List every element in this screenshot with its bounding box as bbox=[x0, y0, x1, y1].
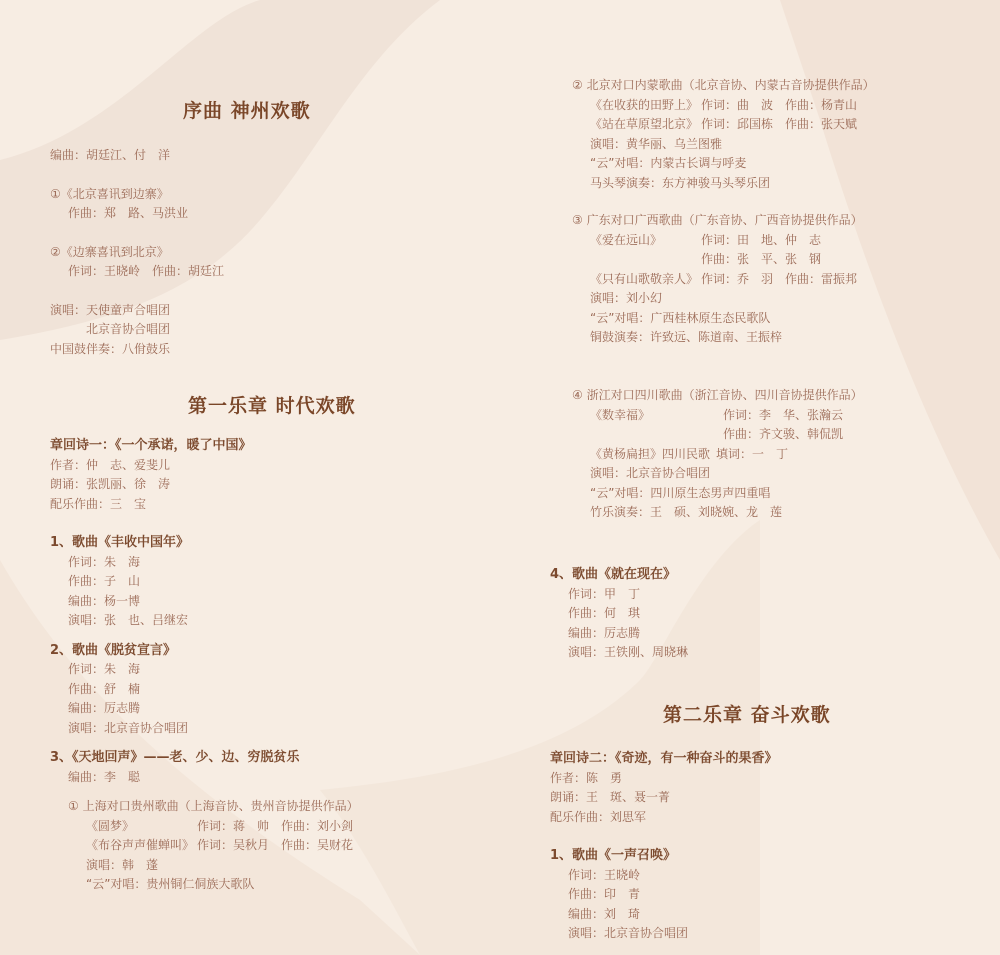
song-credit: 作曲：何 琪 bbox=[550, 604, 950, 624]
song-credit: 作词：甲 丁 bbox=[550, 585, 950, 605]
pair-block-beijing-neimeng: ② 北京对口内蒙歌曲（北京音协、内蒙古音协提供作品） 《在收获的田野上》作词：曲… bbox=[572, 76, 972, 193]
song-credit: 演唱：王铁刚、周晓琳 bbox=[550, 643, 950, 663]
pair-song-credit: 作词：田 地、仲 志 bbox=[701, 231, 821, 251]
song-credit: 作曲：印 青 bbox=[550, 885, 970, 905]
poem1-heading: 章回诗一：《一个承诺，暖了中国》 bbox=[50, 436, 410, 456]
overture-singers: 演唱：天使童声合唱团 bbox=[50, 301, 380, 321]
overture-section: 编曲：胡廷江、付 洋 ①《北京喜讯到边寨》 作曲：郑 路、马洪业 ②《边寨喜讯到… bbox=[50, 146, 380, 359]
pair-block-guangdong-guangxi: ③ 广东对口广西歌曲（广东音协、广西音协提供作品） 《爱在远山》作词：田 地、仲… bbox=[572, 211, 972, 348]
pair-credit: 马头琴演奏：东方神骏马头琴乐团 bbox=[590, 174, 972, 194]
song-credit: 作曲：子 山 bbox=[50, 572, 410, 592]
pair-block-shanghai-guizhou: ① 上海对口贵州歌曲（上海音协、贵州音协提供作品） 《圆梦》作词：蒋 帅 作曲：… bbox=[50, 797, 410, 895]
song-credit: 演唱：北京音协合唱团 bbox=[50, 719, 410, 739]
pair-heading: ① 上海对口贵州歌曲（上海音协、贵州音协提供作品） bbox=[68, 797, 410, 817]
pair-song-title: 《站在草原望北京》 bbox=[590, 115, 701, 135]
pair-song-title bbox=[590, 250, 701, 270]
pair-song-title: 《布谷声声催蝉叫》 bbox=[86, 836, 197, 856]
pair-song-credit: 作词：李 华、张瀚云 bbox=[723, 406, 843, 426]
pair-song-credit: 填词：一 丁 bbox=[710, 445, 788, 465]
pair-credit: 演唱：刘小幻 bbox=[590, 289, 972, 309]
overture-item-title: ①《北京喜讯到边寨》 bbox=[50, 185, 380, 205]
pair-credit: “云”对唱：四川原生态男声四重唱 bbox=[590, 484, 972, 504]
overture-title: 序曲 神州欢歌 bbox=[183, 96, 311, 123]
song-heading: 1、歌曲《一声召唤》 bbox=[550, 846, 970, 866]
pair-heading: ④ 浙江对口四川歌曲（浙江音协、四川音协提供作品） bbox=[572, 386, 972, 406]
pair-credit: 竹乐演奏：王 硕、刘晓婉、龙 莲 bbox=[590, 503, 972, 523]
pair-credit: “云”对唱：贵州铜仁侗族大歌队 bbox=[86, 875, 410, 895]
pair-heading: ③ 广东对口广西歌曲（广东音协、广西音协提供作品） bbox=[572, 211, 972, 231]
song-credit: 编曲：厉志腾 bbox=[50, 699, 410, 719]
pair-song-credit: 作曲：张 平、张 钢 bbox=[701, 250, 821, 270]
overture-item-credit: 作词：王晓岭 作曲：胡廷江 bbox=[50, 262, 380, 282]
pair-block-zhejiang-sichuan: ④ 浙江对口四川歌曲（浙江音协、四川音协提供作品） 《数幸福》作词：李 华、张瀚… bbox=[572, 386, 972, 523]
pair-song-title: 《圆梦》 bbox=[86, 817, 197, 837]
poem2-line: 配乐作曲：刘思军 bbox=[550, 808, 970, 828]
pair-song-title: 《数幸福》 bbox=[590, 406, 723, 426]
overture-singers-2: 北京音协合唱团 bbox=[50, 320, 380, 340]
pair-credit: “云”对唱：广西桂林原生态民歌队 bbox=[590, 309, 972, 329]
poem2-heading: 章回诗二：《奇迹，有一种奋斗的果香》 bbox=[550, 749, 970, 769]
pair-song-title bbox=[590, 425, 723, 445]
poem1-line: 配乐作曲：三 宝 bbox=[50, 495, 410, 515]
pair-song-title: 《在收获的田野上》 bbox=[590, 96, 701, 116]
song-credit: 作词：朱 海 bbox=[50, 660, 410, 680]
pair-song-title: 《只有山歌敬亲人》 bbox=[590, 270, 701, 290]
song-credit: 编曲：杨一博 bbox=[50, 592, 410, 612]
chapter2-section: 章回诗二：《奇迹，有一种奋斗的果香》 作者：陈 勇 朗诵：王 斑、聂一菁 配乐作… bbox=[550, 749, 970, 944]
pair-song-title: 《爱在远山》 bbox=[590, 231, 701, 251]
pair-song-credit: 作词：蒋 帅 作曲：刘小剑 bbox=[197, 817, 353, 837]
pair-credit: “云”对唱：内蒙古长调与呼麦 bbox=[590, 154, 972, 174]
pair-song-credit: 作词：吴秋月 作曲：吴财花 bbox=[197, 836, 353, 856]
pair-credit: 演唱：韩 蓬 bbox=[86, 856, 410, 876]
pair-song-credit: 作曲：齐文骏、韩侃凯 bbox=[723, 425, 843, 445]
pair-song-title: 《黄杨扁担》四川民歌 bbox=[590, 445, 710, 465]
song-credit: 作词：朱 海 bbox=[50, 553, 410, 573]
poem1-line: 朗诵：张凯丽、徐 涛 bbox=[50, 475, 410, 495]
pair-credit: 演唱：黄华丽、乌兰图雅 bbox=[590, 135, 972, 155]
song4-section: 4、歌曲《就在现在》 作词：甲 丁 作曲：何 琪 编曲：厉志腾 演唱：王铁刚、周… bbox=[550, 565, 950, 663]
song-heading: 4、歌曲《就在现在》 bbox=[550, 565, 950, 585]
chapter2-title: 第二乐章 奋斗欢歌 bbox=[663, 700, 831, 727]
pair-song-credit: 作词：乔 羽 作曲：雷振邦 bbox=[701, 270, 857, 290]
overture-item-title: ②《边寨喜讯到北京》 bbox=[50, 243, 380, 263]
song-credit: 编曲：刘 琦 bbox=[550, 905, 970, 925]
song-credit: 编曲：厉志腾 bbox=[550, 624, 950, 644]
song-heading: 1、歌曲《丰收中国年》 bbox=[50, 533, 410, 553]
song-heading: 2、歌曲《脱贫宣言》 bbox=[50, 641, 410, 661]
chapter1-title: 第一乐章 时代欢歌 bbox=[188, 391, 356, 418]
pair-song-credit: 作词：邱国栋 作曲：张天赋 bbox=[701, 115, 857, 135]
pair-credit: 铜鼓演奏：许致远、陈道南、王振梓 bbox=[590, 328, 972, 348]
chapter1-left-section: 章回诗一：《一个承诺，暖了中国》 作者：仲 志、爱斐儿 朗诵：张凯丽、徐 涛 配… bbox=[50, 436, 410, 895]
song-credit: 演唱：张 也、吕继宏 bbox=[50, 611, 410, 631]
overture-arranger: 编曲：胡廷江、付 洋 bbox=[50, 146, 380, 166]
pair-song-credit: 作词：曲 波 作曲：杨青山 bbox=[701, 96, 857, 116]
pair-credit: 演唱：北京音协合唱团 bbox=[590, 464, 972, 484]
overture-item-credit: 作曲：郑 路、马洪业 bbox=[50, 204, 380, 224]
poem2-line: 作者：陈 勇 bbox=[550, 769, 970, 789]
poem2-line: 朗诵：王 斑、聂一菁 bbox=[550, 788, 970, 808]
pair-heading: ② 北京对口内蒙歌曲（北京音协、内蒙古音协提供作品） bbox=[572, 76, 972, 96]
song-credit: 作词：王晓岭 bbox=[550, 866, 970, 886]
song-credit: 演唱：北京音协合唱团 bbox=[550, 924, 970, 944]
song-heading: 3、《天地回声》——老、少、边、穷脱贫乐 bbox=[50, 748, 410, 768]
song-credit: 作曲：舒 楠 bbox=[50, 680, 410, 700]
overture-drum: 中国鼓伴奏：八佾鼓乐 bbox=[50, 340, 380, 360]
poem1-line: 作者：仲 志、爱斐儿 bbox=[50, 456, 410, 476]
song-credit: 编曲：李 聪 bbox=[50, 768, 410, 788]
